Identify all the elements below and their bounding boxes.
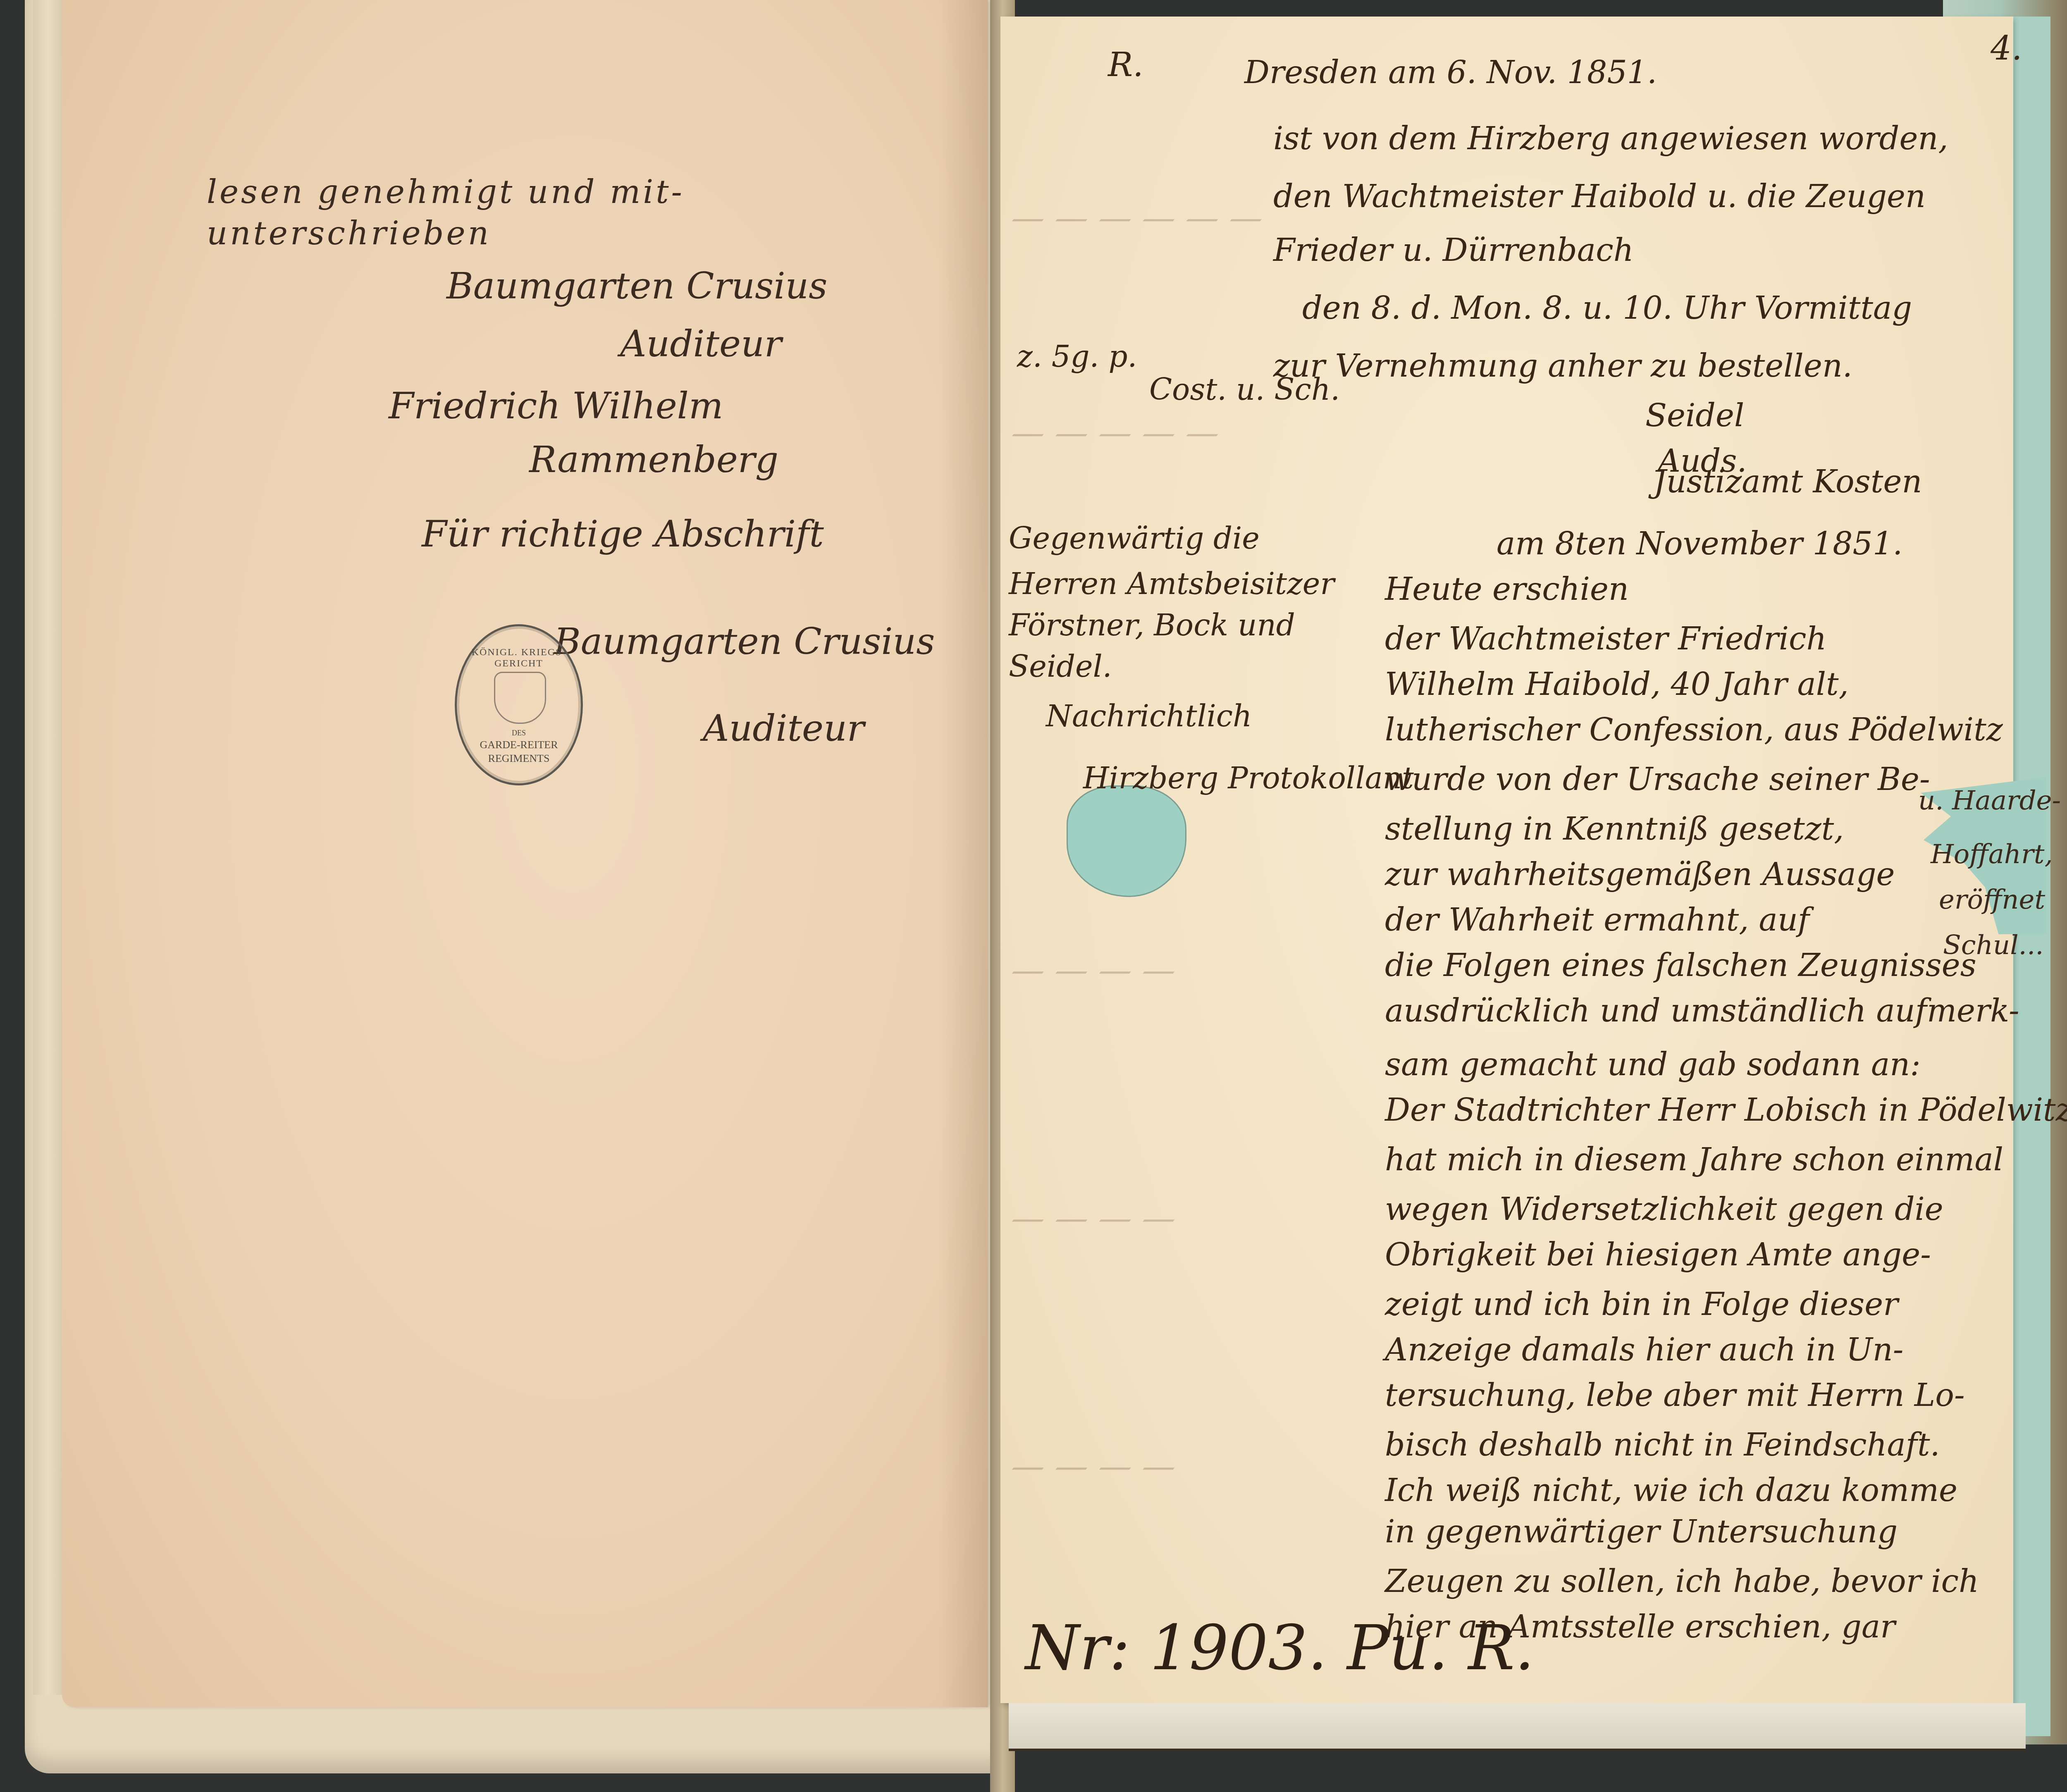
ink-bleedthrough: — — — — — [1002, 413, 1231, 452]
body-line: zur wahrheitsgemäßen Aussage [1385, 856, 1895, 892]
header-line: Dresden am 6. Nov. 1851. [1244, 54, 1657, 91]
fold-shadow [938, 0, 988, 1707]
header-line: Frieder u. Dürrenbach [1273, 231, 1634, 268]
body-line: Ich weiß nicht, wie ich dazu komme [1385, 1472, 1957, 1508]
underlying-text: eröffnet [1939, 885, 2045, 915]
certifier-title: Auditeur [703, 707, 864, 749]
closing-line-2: unterschrieben [207, 215, 491, 252]
underlying-text: Schul... [1943, 930, 2044, 961]
body-line: zeigt und ich bin in Folge dieser [1385, 1286, 1898, 1322]
body-line: sam gemacht und gab sodann an: [1385, 1046, 1921, 1083]
seal-line-2: REGIMENTS [457, 752, 581, 765]
header-line: den 8. d. Mon. 8. u. 10. Uhr Vormittag [1302, 289, 1912, 326]
present-note: Gegenwärtig die [1009, 521, 1260, 556]
signature-witness-surname: Rammenberg [529, 438, 778, 481]
signature-witness: Friedrich Wilhelm [389, 384, 723, 427]
body-line: Obrigkeit bei hiesigen Amte ange- [1385, 1236, 1931, 1273]
header-signature: Seidel [1645, 397, 1744, 434]
body-line: wegen Widersetzlichkeit gegen die [1385, 1191, 1943, 1227]
certifier-signature: Baumgarten Crusius [554, 620, 935, 663]
body-line: bisch deshalb nicht in Feindschaft. [1385, 1426, 1940, 1463]
section-title: Justizamt Kosten [1654, 463, 1922, 500]
body-line: Heute erschien [1385, 570, 1629, 607]
certification-line: Für richtige Abschrift [422, 513, 824, 555]
torn-hole [1067, 785, 1186, 897]
underlying-text: Hoffahrt, [1931, 839, 2053, 870]
right-page-bottom-edge [1009, 1703, 2026, 1751]
header-line: zur Vernehmung anher zu bestellen. [1273, 347, 1852, 384]
closing-line-1: lesen genehmigt und mit- [207, 174, 685, 211]
body-line: in gegenwärtiger Untersuchung [1385, 1513, 1898, 1550]
ink-bleedthrough: — — — — — — [1002, 198, 1275, 237]
court-seal-stamp: KÖNIGL. KRIEGS-GERICHT DES GARDE-REITER … [455, 624, 583, 785]
body-line: Zeugen zu sollen, ich habe, bevor ich [1385, 1563, 1979, 1599]
coat-of-arms-icon [494, 672, 546, 724]
margin-note: z. 5g. p. [1017, 339, 1137, 374]
seal-line-1: GARDE-REITER [457, 739, 581, 751]
margin-mark: R. [1108, 45, 1143, 84]
present-note: Herren Amtsbeisitzer [1009, 566, 1334, 601]
body-line: hat mich in diesem Jahre schon einmal [1385, 1141, 2003, 1178]
body-line: stellung in Kenntniß gesetzt, [1385, 810, 1844, 847]
ink-bleedthrough: — — — — [1002, 951, 1188, 989]
present-note: Seidel. [1009, 649, 1112, 684]
body-line: ausdrücklich und umständlich aufmerk- [1385, 992, 2019, 1029]
body-line: die Folgen eines falschen Zeugnisses [1385, 947, 1976, 983]
ink-bleedthrough: — — — — [1002, 1199, 1188, 1237]
manuscript-spread: lesen genehmigt und mit- unterschrieben … [0, 0, 2067, 1792]
body-line: lutherischer Confession, aus Pödelwitz [1385, 711, 2003, 748]
header-line: ist von dem Hirzberg angewiesen worden, [1273, 120, 1948, 157]
left-page [62, 0, 988, 1707]
present-note: Förstner, Bock und [1009, 608, 1295, 642]
present-note: Nachrichtlich [1046, 699, 1252, 733]
seal-middle-text: DES [457, 729, 581, 737]
body-line: Wilhelm Haibold, 40 Jahr alt, [1385, 666, 1849, 702]
underlying-text: u. Haarde- [1918, 785, 2061, 816]
section-date: am 8ten November 1851. [1497, 525, 1902, 562]
signature-auditeur: Baumgarten Crusius [446, 265, 827, 307]
header-line: den Wachtmeister Haibold u. die Zeugen [1273, 178, 1926, 215]
present-note: Hirzberg Protokollant [1083, 761, 1414, 795]
signature-auditeur-title: Auditeur [620, 322, 782, 365]
seal-ring-text: KÖNIGL. KRIEGS-GERICHT [457, 647, 581, 669]
body-line: Anzeige damals hier auch in Un- [1385, 1331, 1903, 1368]
body-line: der Wahrheit ermahnt, auf [1385, 901, 1809, 938]
page-number: 4. [1991, 29, 2022, 67]
body-line: Der Stadtrichter Herr Lobisch in Pödelwi… [1385, 1091, 2067, 1128]
reference-number: Nr: 1903. Pu. R. [1025, 1612, 1535, 1684]
body-line: tersuchung, lebe aber mit Herrn Lo- [1385, 1377, 1965, 1413]
margin-note: Cost. u. Sch. [1149, 372, 1340, 407]
body-line: wurde von der Ursache seiner Be- [1385, 761, 1930, 797]
ink-bleedthrough: — — — — [1002, 1447, 1188, 1485]
body-line: der Wachtmeister Friedrich [1385, 620, 1827, 657]
